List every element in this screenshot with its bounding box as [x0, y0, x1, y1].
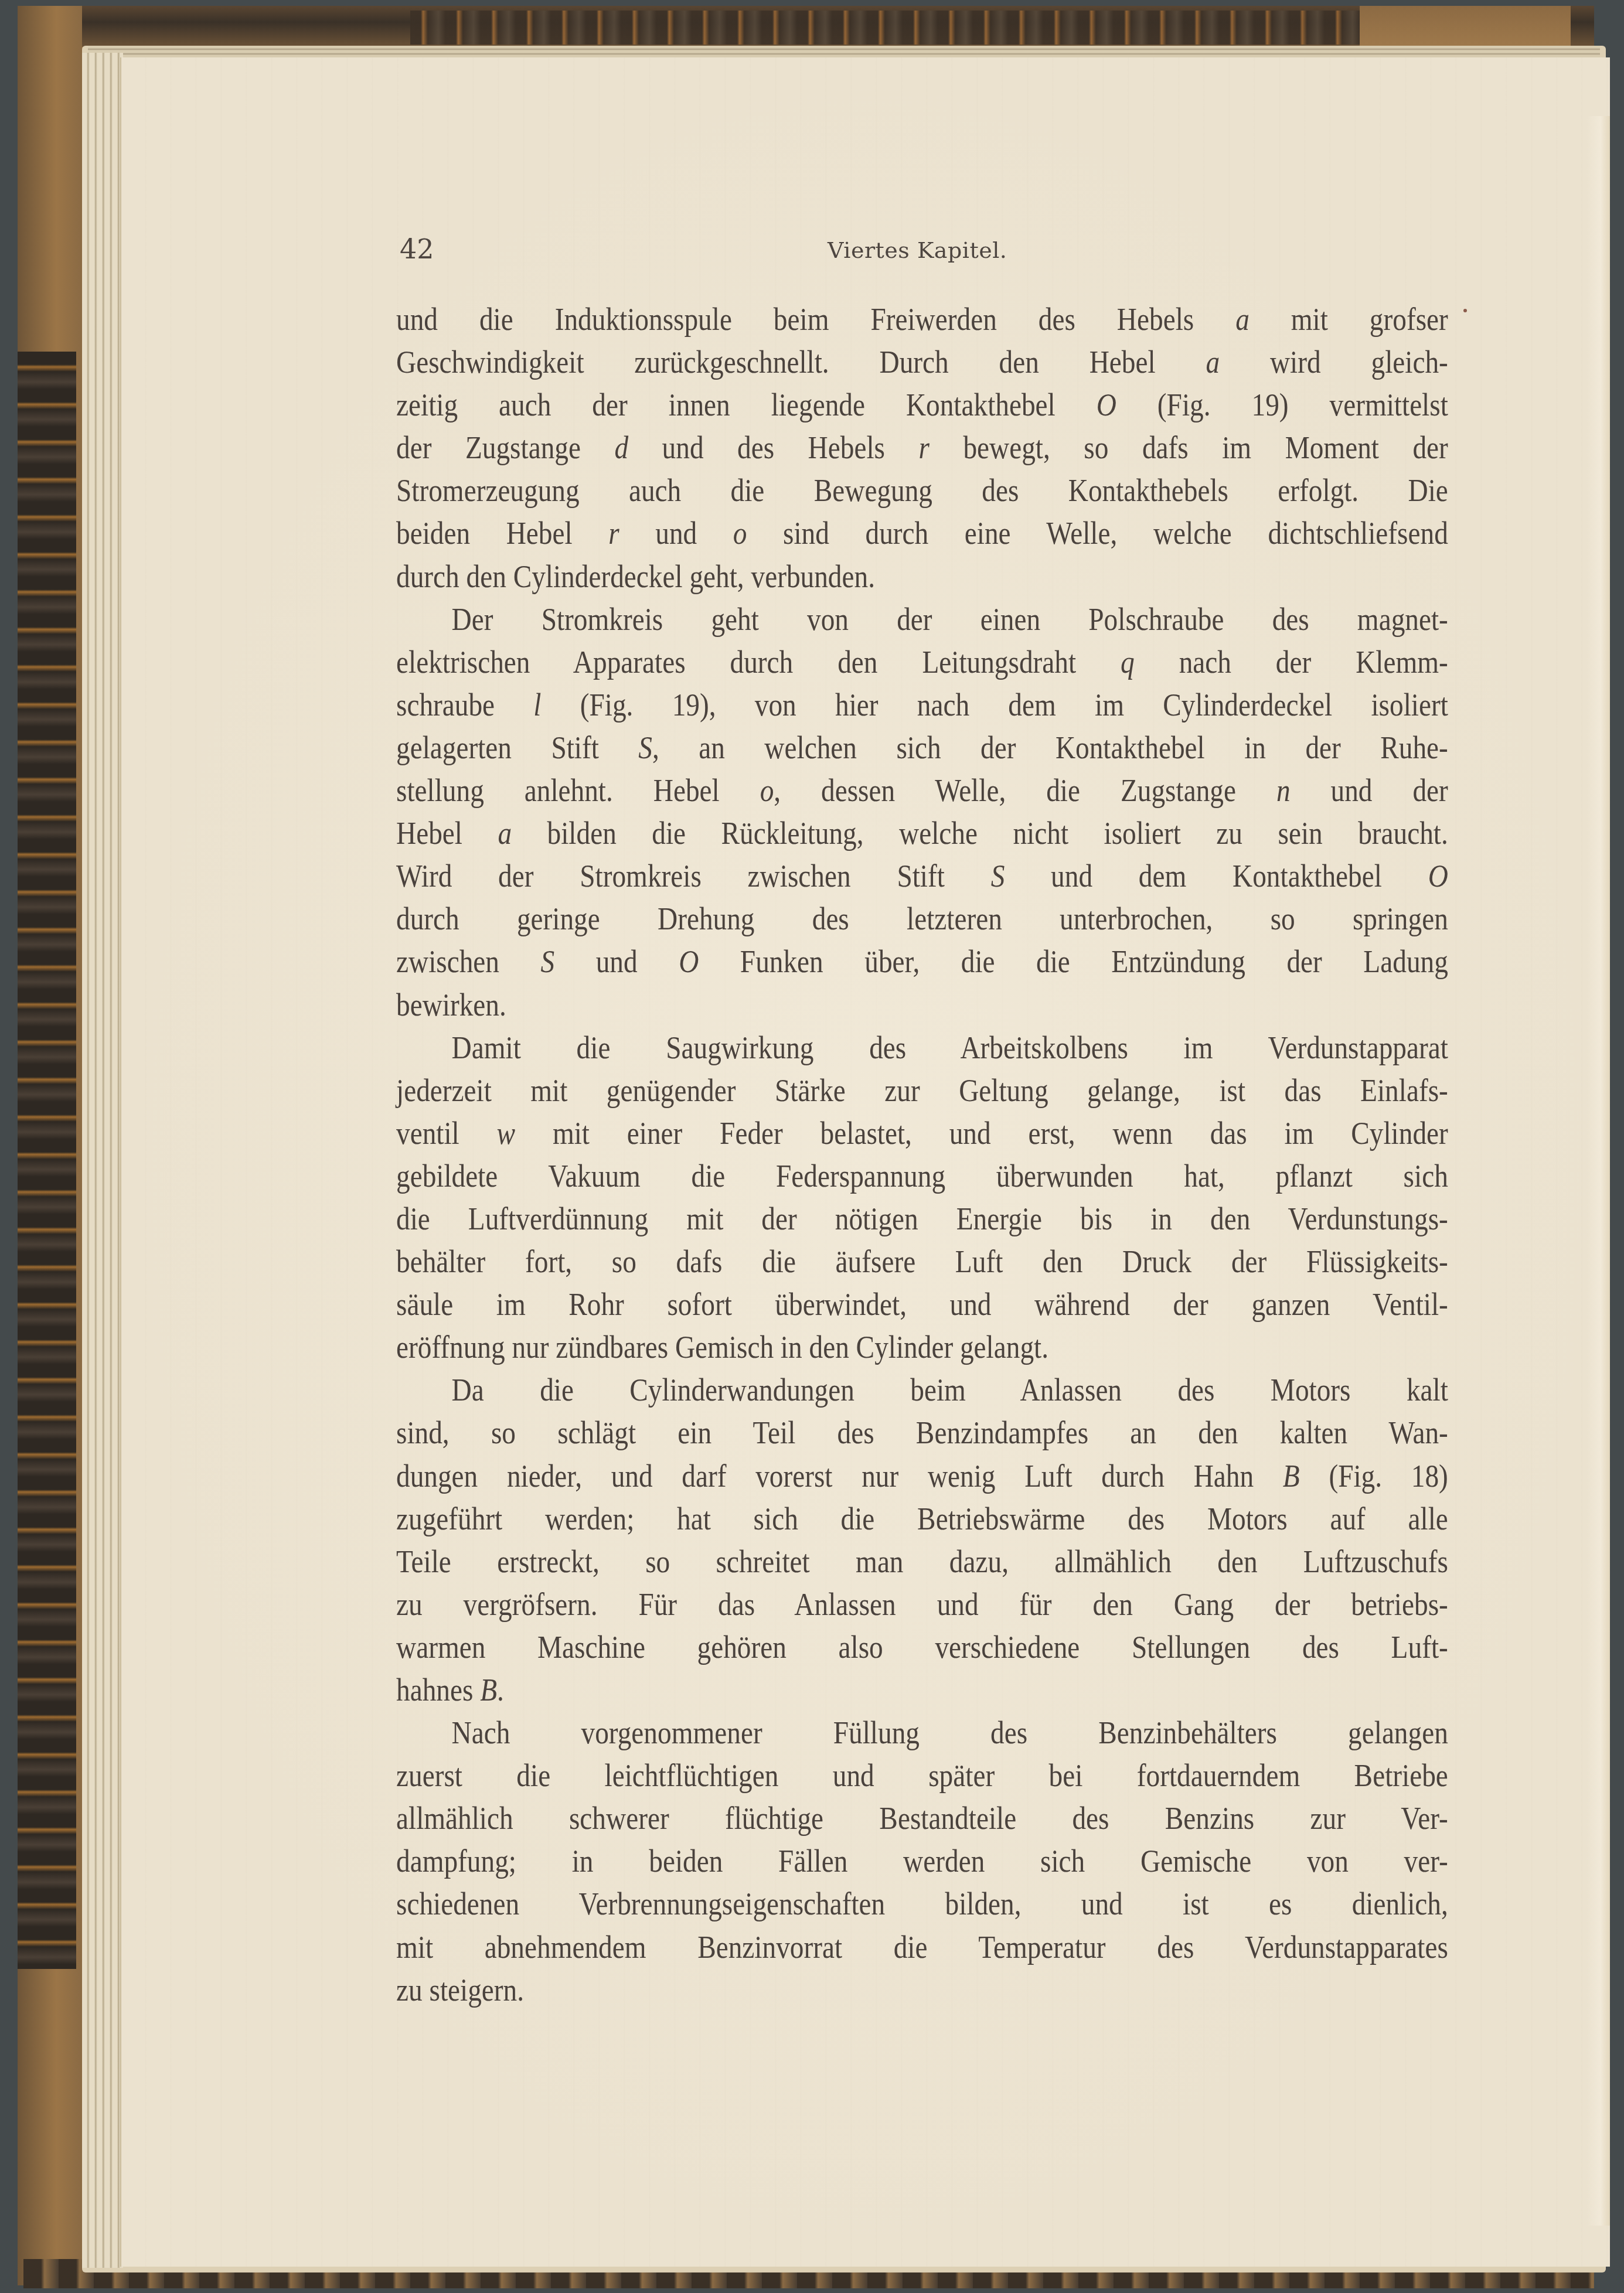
text-line: Teile erstreckt, so schreitet man dazu, …: [396, 1540, 1448, 1583]
text-line: dampfung; in beiden Fällen werden sich G…: [396, 1839, 1448, 1882]
text-line: Da die Cylinderwandungen beim Anlassen d…: [396, 1368, 1448, 1411]
text-line: elektrischen Apparates durch den Leitung…: [396, 640, 1448, 683]
text-line: beiden Hebel r und o sind durch eine Wel…: [396, 512, 1448, 554]
text-line: hahnes B.: [396, 1668, 1448, 1711]
text-line: und die Induktionsspule beim Freiwerden …: [396, 298, 1448, 340]
variable-symbol: S: [638, 730, 652, 765]
text-line: Nach vorgenommener Füllung des Benzinbeh…: [396, 1711, 1448, 1754]
text-line: durch den Cylinderdeckel geht, verbunden…: [396, 555, 1448, 598]
variable-symbol: l: [533, 687, 541, 723]
text-line: jederzeit mit genügender Stärke zur Gelt…: [396, 1069, 1448, 1112]
text-line: Stromerzeugung auch die Bewegung des Kon…: [396, 469, 1448, 512]
text-line: Der Stromkreis geht von der einen Polsch…: [396, 598, 1448, 640]
text-line: gelagerten Stift S, an welchen sich der …: [396, 726, 1448, 769]
paragraph: und die Induktionsspule beim Freiwerden …: [396, 298, 1448, 598]
body-text: und die Induktionsspule beim Freiwerden …: [396, 298, 1448, 2011]
text-line: zwischen S und O Funken über, die die En…: [396, 940, 1448, 983]
variable-symbol: a: [1206, 344, 1220, 380]
text-line: bewirken.: [396, 983, 1448, 1026]
text-line: die Luftverdünnung mit der nötigen Energ…: [396, 1197, 1448, 1240]
text-line: sind, so schlägt ein Teil des Benzindamp…: [396, 1411, 1448, 1454]
text-line: stellung anlehnt. Hebel o, dessen Welle,…: [396, 769, 1448, 812]
variable-symbol: S: [541, 943, 555, 979]
text-line: der Zugstange d und des Hebels r bewegt,…: [396, 426, 1448, 469]
text-line: Damit die Saugwirkung des Arbeitskolbens…: [396, 1026, 1448, 1069]
variable-symbol: B: [1283, 1458, 1300, 1494]
text-line: Hebel a bilden die Rückleitung, welche n…: [396, 812, 1448, 854]
variable-symbol: o: [760, 772, 774, 808]
text-line: durch geringe Drehung des letzteren unte…: [396, 897, 1448, 940]
text-line: säule im Rohr sofort überwindet, und wäh…: [396, 1283, 1448, 1326]
page-right-edge: [1586, 116, 1610, 2226]
variable-symbol: d: [614, 430, 628, 465]
variable-symbol: S: [991, 858, 1005, 894]
text-line: zeitig auch der innen liegende Kontakthe…: [396, 383, 1448, 426]
cover-marbled-paper-top: [410, 11, 1360, 45]
variable-symbol: o: [733, 515, 747, 551]
text-line: gebildete Vakuum die Federspannung überw…: [396, 1154, 1448, 1197]
text-line: zugeführt werden; hat sich die Betriebsw…: [396, 1497, 1448, 1540]
variable-symbol: O: [679, 943, 699, 979]
text-line: Geschwindigkeit zurückgeschnellt. Durch …: [396, 340, 1448, 383]
cover-marbled-paper-left: [18, 352, 76, 1969]
variable-symbol: r: [918, 430, 929, 465]
page-edges-left: [82, 53, 123, 2268]
text-line: zu vergröfsern. Für das Anlassen und für…: [396, 1583, 1448, 1626]
paragraph: Der Stromkreis geht von der einen Polsch…: [396, 598, 1448, 1026]
text-line: schiedenen Verbrennungseigenschaften bil…: [396, 1882, 1448, 1925]
variable-symbol: O: [1428, 858, 1448, 894]
variable-symbol: r: [608, 515, 619, 551]
text-line: Wird der Stromkreis zwischen Stift S und…: [396, 854, 1448, 897]
paragraph: Damit die Saugwirkung des Arbeitskolbens…: [396, 1026, 1448, 1369]
cover-leather-corner-top-right: [1360, 6, 1571, 50]
paragraph: Nach vorgenommener Füllung des Benzinbeh…: [396, 1711, 1448, 2011]
running-head: 42 Viertes Kapitel.: [400, 231, 1455, 267]
variable-symbol: w: [497, 1115, 516, 1151]
variable-symbol: a: [1235, 301, 1250, 337]
text-line: dungen nieder, und darf vorerst nur weni…: [396, 1454, 1448, 1497]
variable-symbol: q: [1121, 644, 1135, 680]
text-line: mit abnehmendem Benzinvorrat die Tempera…: [396, 1926, 1448, 1968]
page-edges-top: [88, 46, 1600, 57]
variable-symbol: O: [1097, 387, 1116, 423]
chapter-title: Viertes Kapitel.: [828, 234, 1007, 267]
text-line: allmählich schwerer flüchtige Bestandtei…: [396, 1797, 1448, 1839]
text-line: ventil w mit einer Feder belastet, und e…: [396, 1112, 1448, 1154]
text-line: warmen Maschine gehören also verschieden…: [396, 1626, 1448, 1668]
text-line: eröffnung nur zündbares Gemisch in den C…: [396, 1326, 1448, 1368]
page-number: 42: [400, 231, 434, 267]
text-line: behälter fort, so dafs die äufsere Luft …: [396, 1240, 1448, 1283]
variable-symbol: n: [1276, 772, 1291, 808]
ink-speck: [1463, 309, 1467, 312]
paragraph: Da die Cylinderwandungen beim Anlassen d…: [396, 1368, 1448, 1711]
variable-symbol: a: [498, 815, 512, 851]
text-line: schraube l (Fig. 19), von hier nach dem …: [396, 683, 1448, 726]
variable-symbol: B: [480, 1672, 497, 1708]
text-line: zuerst die leichtflüchtigen und später b…: [396, 1754, 1448, 1797]
text-line: zu steigern.: [396, 1968, 1448, 2011]
